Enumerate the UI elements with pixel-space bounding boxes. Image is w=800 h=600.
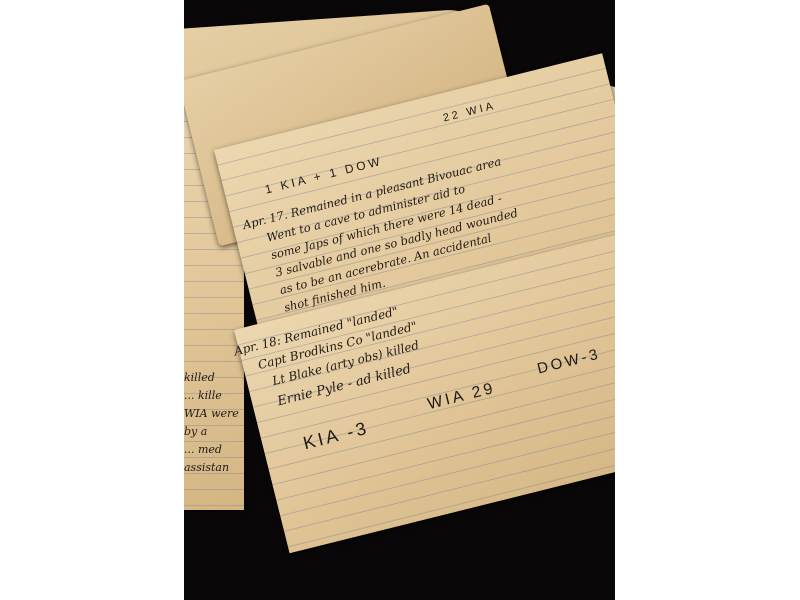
tally-wia: 22 WIA — [442, 101, 497, 125]
left-sheet-line: by a — [184, 426, 207, 437]
left-sheet-line: ... kille — [184, 390, 222, 401]
left-sheet-line: assistan — [184, 462, 229, 473]
left-sheet-line: ... med — [184, 444, 222, 455]
left-sheet-line: WIA were — [184, 408, 239, 419]
left-sheet-line: killed — [184, 372, 215, 383]
tally-kia-final: KIA -3 — [301, 419, 370, 453]
tally-dow-final: DOW-3 — [536, 346, 602, 376]
diary-photo: Apr. 17 Rem'd Red ... INT TBL DI killed … — [184, 0, 615, 600]
tally-wia-final: WIA 29 — [426, 381, 497, 413]
